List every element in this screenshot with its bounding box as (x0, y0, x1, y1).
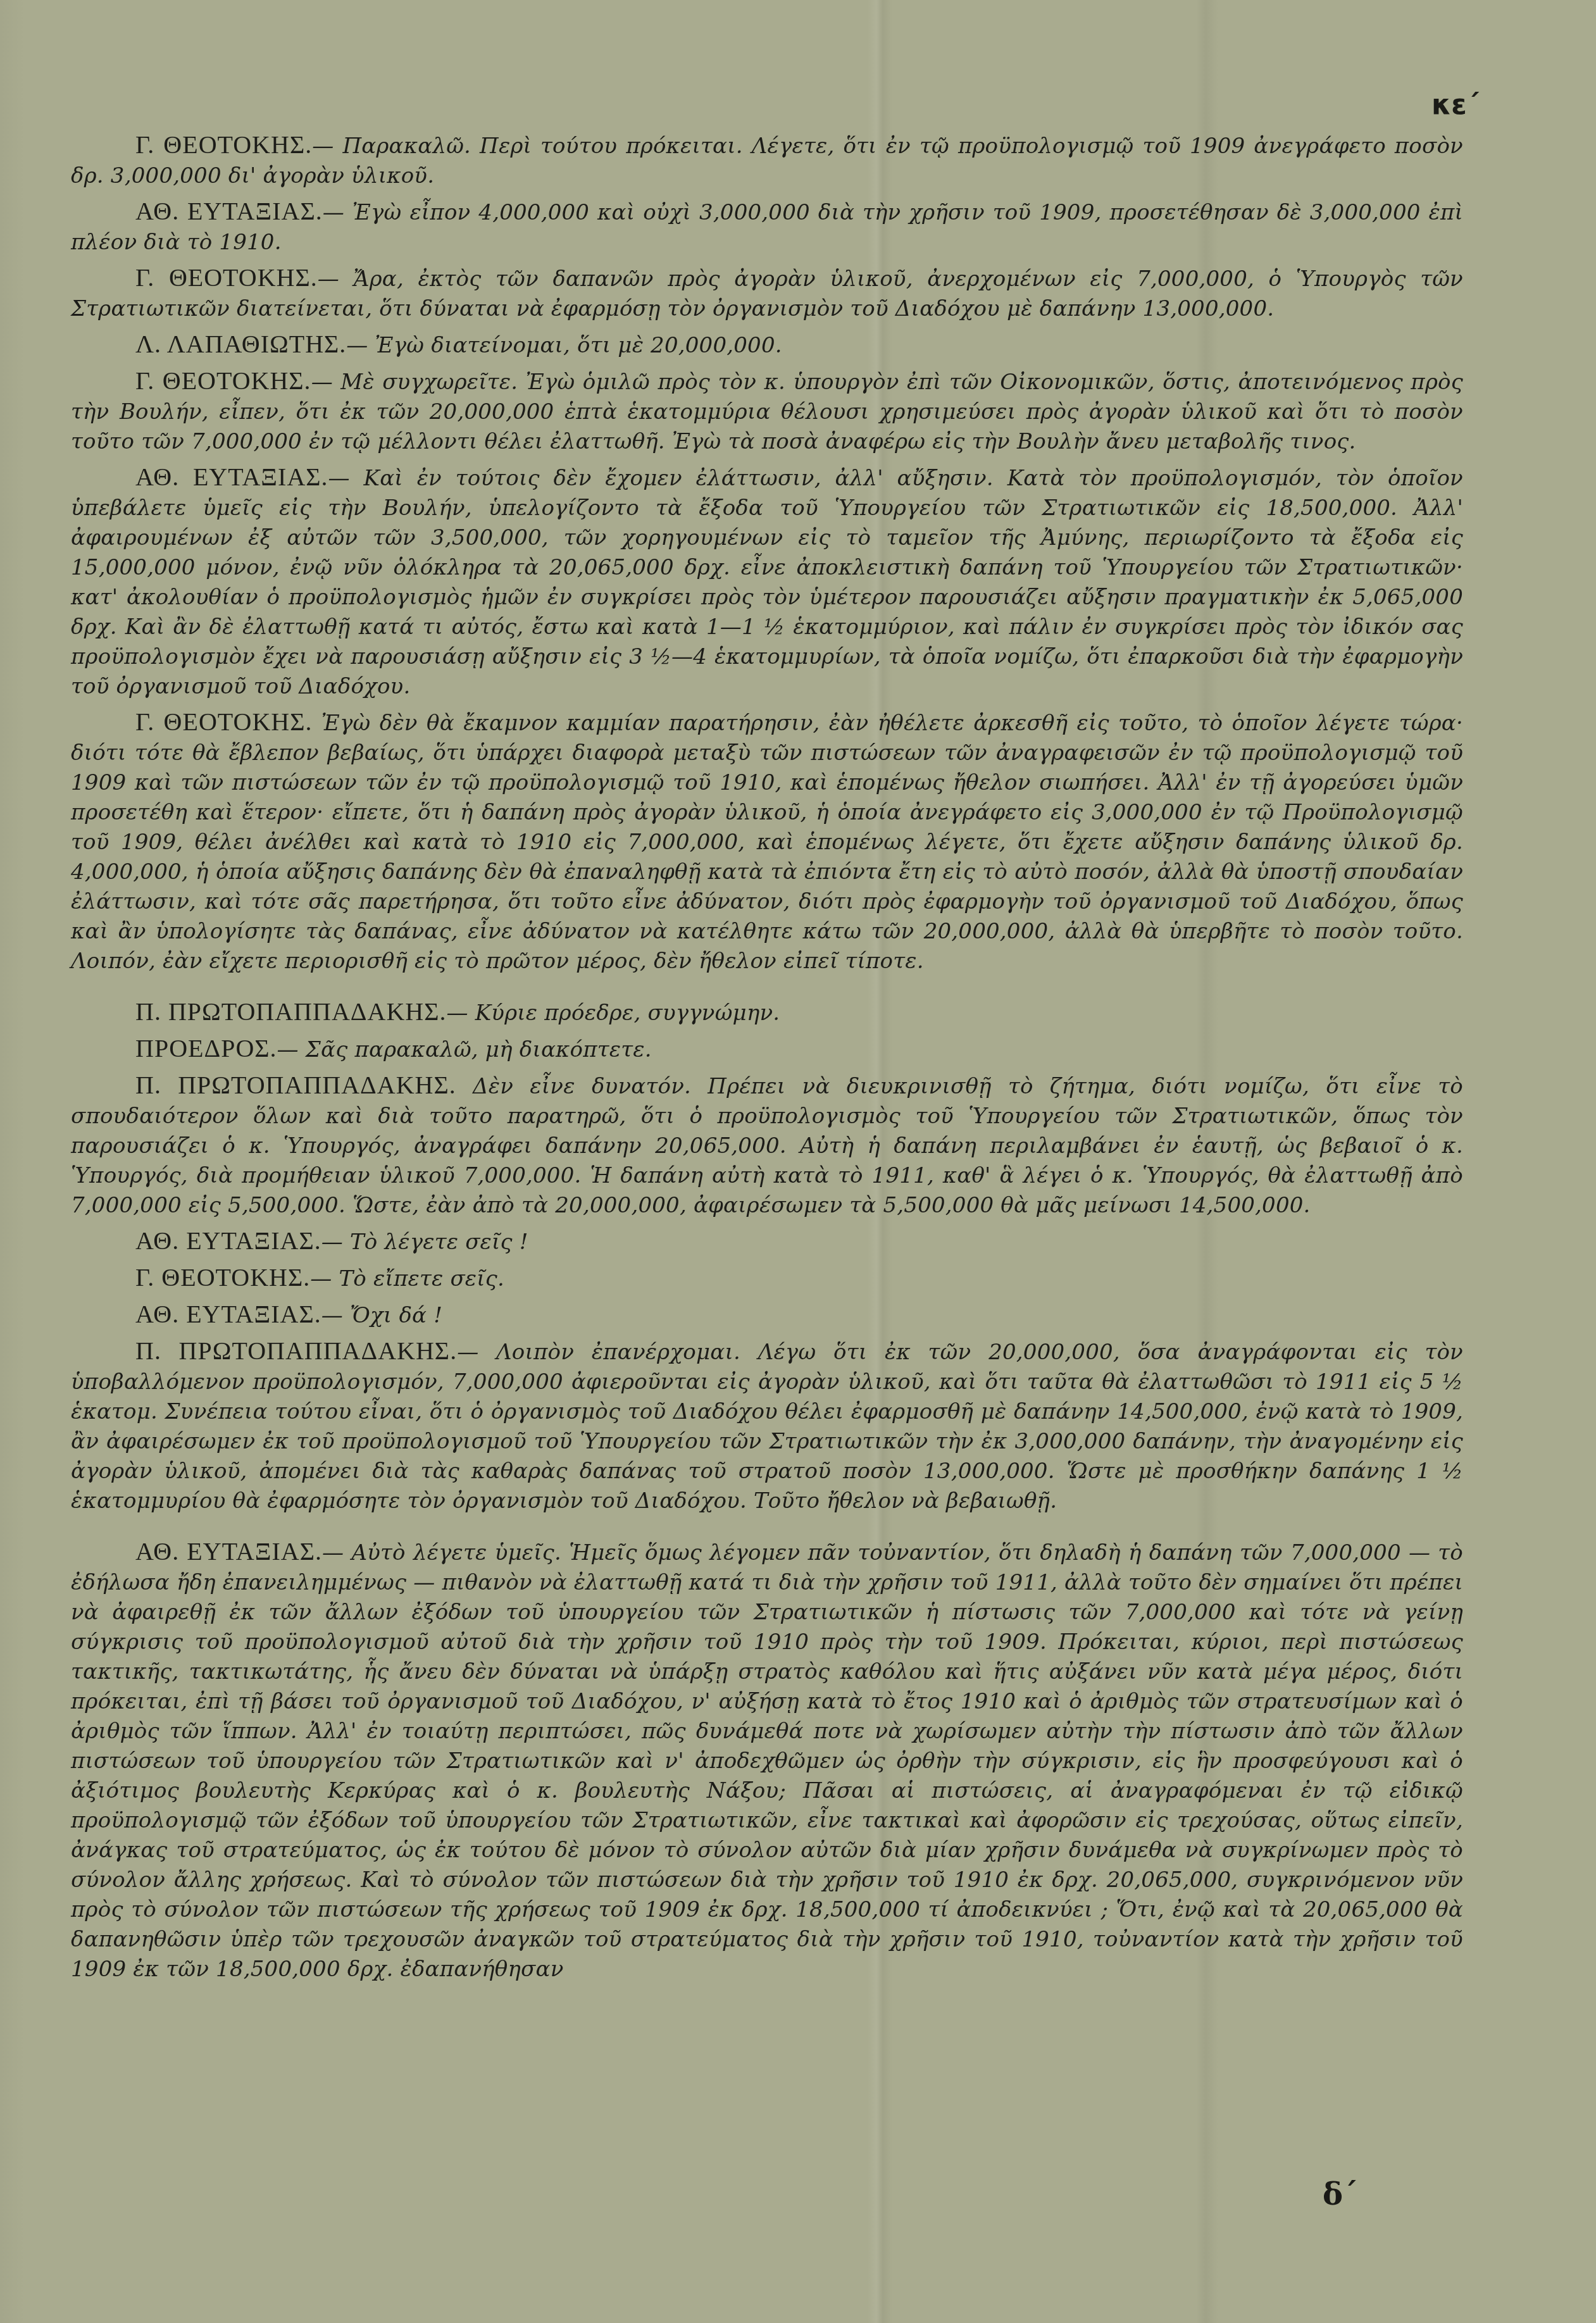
speech-text: — Ὄχι δά ! (321, 1303, 442, 1328)
paragraph: Γ. ΘΕΟΤΟΚΗΣ.— Μὲ συγχωρεῖτε. Ἐγὼ ὁμιλῶ π… (71, 366, 1463, 457)
paragraph: Π. ΠΡΩΤΟΠΑΠΠΑΔΑΚΗΣ.— Κύριε πρόεδρε, συγγ… (71, 997, 1463, 1028)
debate-transcript: Γ. ΘΕΟΤΟΚΗΣ.— Παρακαλῶ. Περὶ τούτου πρόκ… (71, 130, 1463, 1990)
paragraph: Γ. ΘΕΟΤΟΚΗΣ.— Ἄρα, ἐκτὸς τῶν δαπανῶν πρὸ… (71, 263, 1463, 324)
paragraph: Γ. ΘΕΟΤΟΚΗΣ. Ἐγὼ δὲν θὰ ἔκαμνον καμμίαν … (71, 707, 1463, 976)
paragraph: Γ. ΘΕΟΤΟΚΗΣ.— Παρακαλῶ. Περὶ τούτου πρόκ… (71, 130, 1463, 191)
speaker-name: Γ. ΘΕΟΤΟΚΗΣ. (135, 366, 311, 395)
speaker-name: ΑΘ. ΕΥΤΑΞΙΑΣ. (135, 1537, 322, 1566)
speaker-name: Γ. ΘΕΟΤΟΚΗΣ. (135, 707, 312, 736)
paragraph: ΠΡΟΕΔΡΟΣ.— Σᾶς παρακαλῶ, μὴ διακόπτετε. (71, 1033, 1463, 1065)
speech-text: — Τὸ λέγετε σεῖς ! (321, 1230, 528, 1255)
speaker-name: Λ. ΛΑΠΑΘΙΩΤΗΣ. (135, 330, 346, 358)
speaker-name: Γ. ΘΕΟΤΟΚΗΣ. (135, 1263, 310, 1292)
paragraph: ΑΘ. ΕΥΤΑΞΙΑΣ.— Ὄχι δά ! (71, 1299, 1463, 1331)
paragraph: ΑΘ. ΕΥΤΑΞΙΑΣ.— Ἐγὼ εἶπον 4,000,000 καὶ ο… (71, 196, 1463, 258)
page-signature-bottom: δ΄ (1323, 2177, 1358, 2212)
paragraph: ΑΘ. ΕΥΤΑΞΙΑΣ.— Τὸ λέγετε σεῖς ! (71, 1226, 1463, 1257)
speech-text: — Σᾶς παρακαλῶ, μὴ διακόπτετε. (277, 1037, 652, 1062)
speaker-name: ΑΘ. ΕΥΤΑΞΙΑΣ. (135, 1226, 321, 1255)
paragraph: ΑΘ. ΕΥΤΑΞΙΑΣ.— Αὐτὸ λέγετε ὑμεῖς. Ἡμεῖς … (71, 1536, 1463, 1984)
speaker-name: Γ. ΘΕΟΤΟΚΗΣ. (135, 263, 318, 292)
scanned-page: κε΄ Γ. ΘΕΟΤΟΚΗΣ.— Παρακαλῶ. Περὶ τούτου … (0, 0, 1596, 2323)
page-number-top: κε΄ (1431, 89, 1479, 121)
speaker-name: Π. ΠΡΩΤΟΠΑΠΠΑΔΑΚΗΣ. (135, 997, 446, 1026)
speaker-name: ΠΡΟΕΔΡΟΣ. (135, 1034, 277, 1062)
speaker-name: ΑΘ. ΕΥΤΑΞΙΑΣ. (135, 197, 323, 225)
speech-text: Ἐγὼ δὲν θὰ ἔκαμνον καμμίαν παρατήρησιν, … (71, 711, 1463, 974)
paragraph: Λ. ΛΑΠΑΘΙΩΤΗΣ.— Ἐγὼ διατείνομαι, ὅτι μὲ … (71, 329, 1463, 361)
speech-text: — Λοιπὸν ἐπανέρχομαι. Λέγω ὅτι ἐκ τῶν 20… (71, 1340, 1463, 1514)
speech-text: — Ἐγὼ διατείνομαι, ὅτι μὲ 20,000,000. (346, 333, 782, 358)
speaker-name: Π. ΠΡΩΤΟΠΑΠΠΑΔΑΚΗΣ. (135, 1071, 456, 1099)
speech-text: — Κύριε πρόεδρε, συγγνώμην. (446, 1000, 780, 1026)
paragraph: Π. ΠΡΩΤΟΠΑΠΠΑΔΑΚΗΣ. Δὲν εἶνε δυνατόν. Πρ… (71, 1070, 1463, 1221)
speaker-name: ΑΘ. ΕΥΤΑΞΙΑΣ. (135, 463, 328, 491)
speech-text: — Αὐτὸ λέγετε ὑμεῖς. Ἡμεῖς ὅμως λέγομεν … (71, 1540, 1463, 1982)
paragraph: Π. ΠΡΩΤΟΠΑΠΠΑΔΑΚΗΣ.— Λοιπὸν ἐπανέρχομαι.… (71, 1336, 1463, 1516)
speaker-name: Π. ΠΡΩΤΟΠΑΠΠΑΔΑΚΗΣ. (135, 1336, 457, 1365)
speech-text: — Καὶ ἐν τούτοις δὲν ἔχομεν ἐλάττωσιν, ἀ… (71, 466, 1463, 699)
speech-text: — Τὸ εἴπετε σεῖς. (310, 1266, 504, 1292)
speaker-name: Γ. ΘΕΟΤΟΚΗΣ. (135, 130, 312, 159)
speaker-name: ΑΘ. ΕΥΤΑΞΙΑΣ. (135, 1300, 321, 1328)
paragraph: ΑΘ. ΕΥΤΑΞΙΑΣ.— Καὶ ἐν τούτοις δὲν ἔχομεν… (71, 462, 1463, 702)
paragraph: Γ. ΘΕΟΤΟΚΗΣ.— Τὸ εἴπετε σεῖς. (71, 1262, 1463, 1294)
